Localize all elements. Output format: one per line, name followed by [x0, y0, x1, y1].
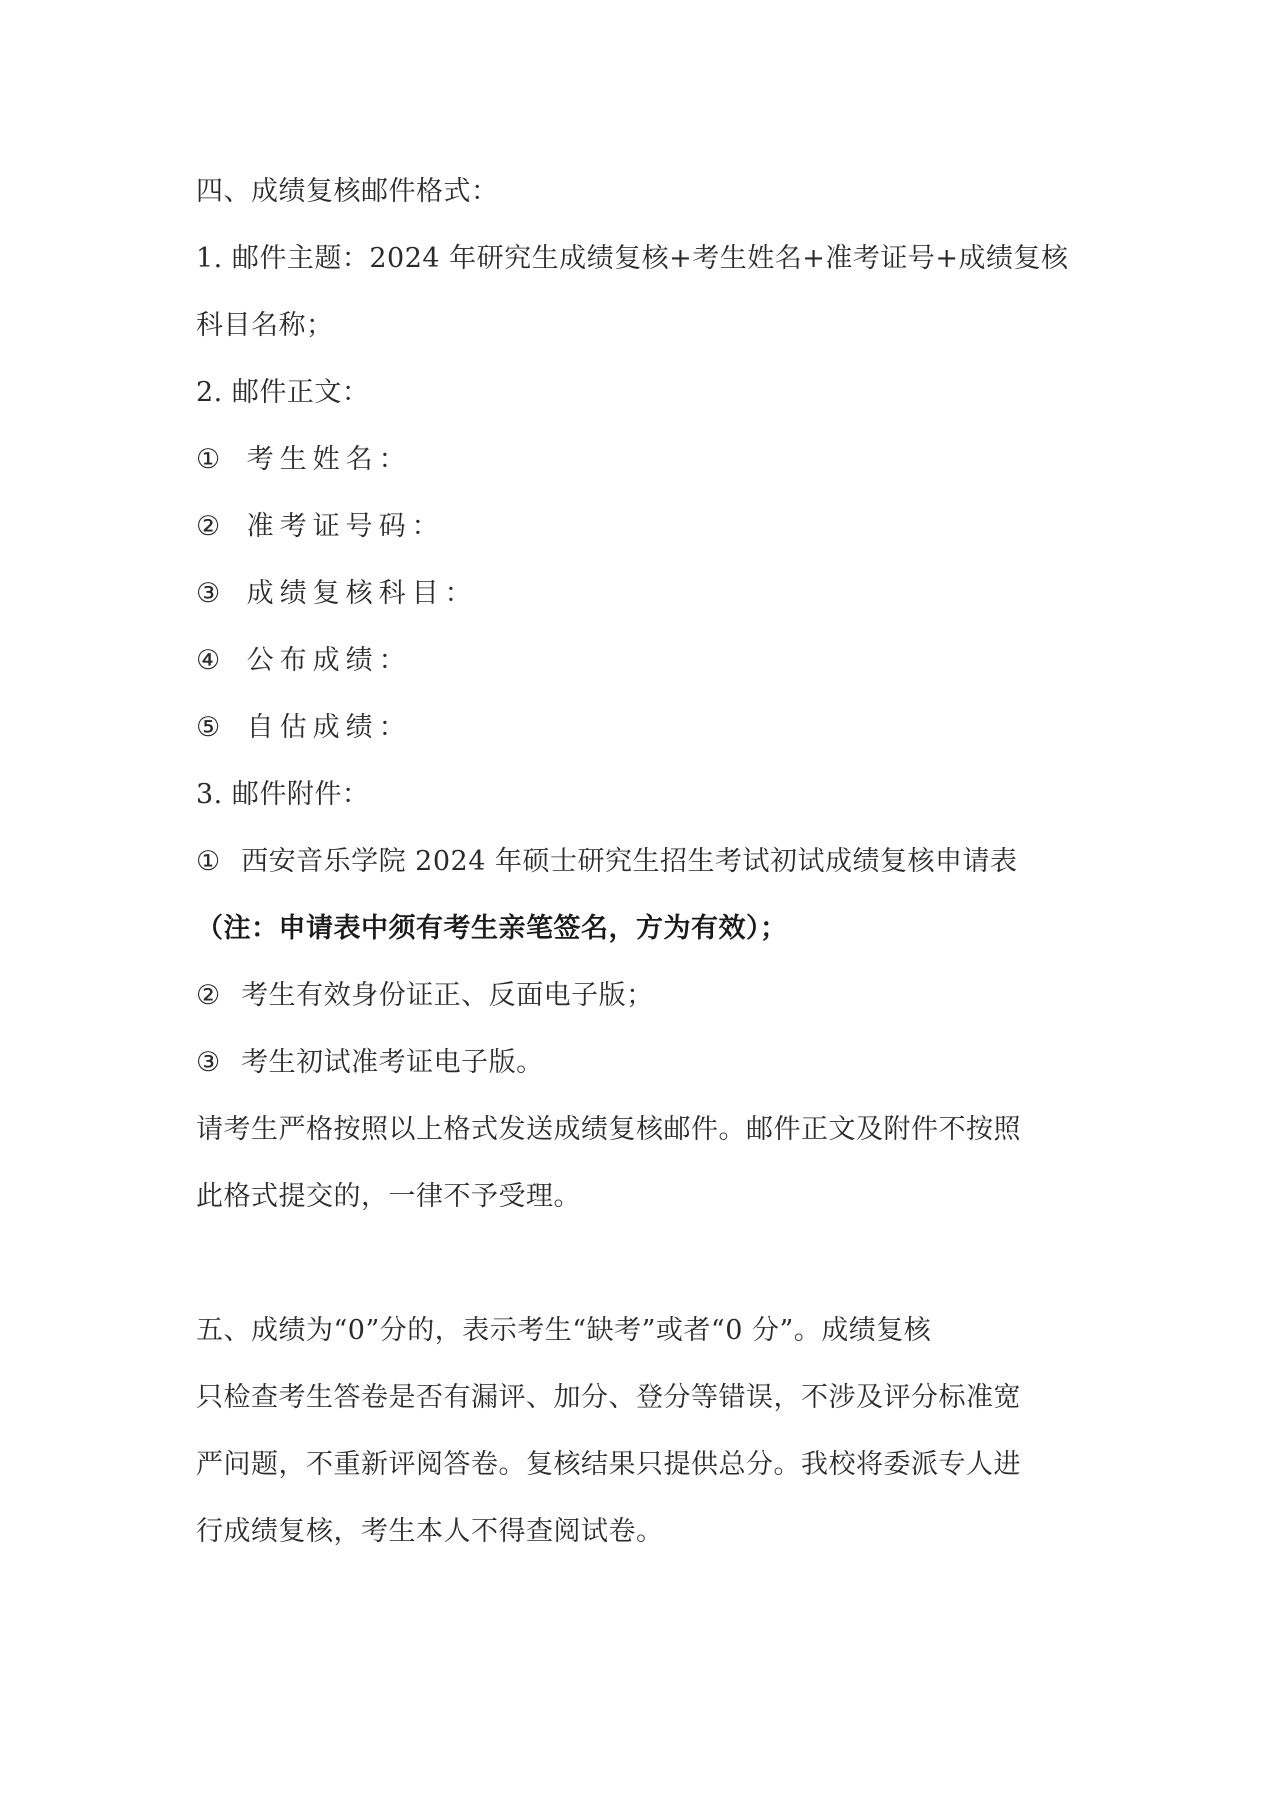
field-label: 成绩复核科目：	[247, 578, 478, 609]
attachment-signature-note: （注：申请表中须有考生亲笔签名，方为有效）；	[196, 911, 1096, 947]
circled-number-5: ⑤	[196, 710, 232, 746]
email-body-field-2: ② 准考证号码：	[196, 509, 1096, 545]
attachment-text: 西安音乐学院 2024 年硕士研究生招生考试初试成绩复核申请表	[241, 846, 1017, 877]
field-label: 自估成绩：	[247, 712, 412, 743]
attachment-text: 考生初试准考证电子版。	[241, 1047, 544, 1078]
attachment-2: ② 考生有效身份证正、反面电子版；	[196, 978, 1096, 1014]
email-body-field-1: ① 考生姓名：	[196, 442, 1096, 478]
field-label: 考生姓名：	[247, 444, 412, 475]
email-body-field-3: ③ 成绩复核科目：	[196, 576, 1096, 612]
email-attachments-heading: 3. 邮件附件：	[196, 777, 1096, 813]
field-label: 准考证号码：	[247, 511, 445, 542]
email-body-heading: 2. 邮件正文：	[196, 375, 1096, 411]
email-subject-line1: 1. 邮件主题：2024 年研究生成绩复核+考生姓名+准考证号+成绩复核	[196, 241, 1096, 277]
circled-number-3: ③	[196, 576, 232, 612]
format-notice-line1: 请考生严格按照以上格式发送成绩复核邮件。邮件正文及附件不按照	[196, 1112, 1096, 1148]
email-subject-line2: 科目名称；	[196, 308, 1096, 344]
section5-line1: 五、成绩为“0”分的，表示考生“缺考”或者“0 分”。成绩复核	[196, 1313, 1096, 1349]
attachment-1: ① 西安音乐学院 2024 年硕士研究生招生考试初试成绩复核申请表	[196, 844, 1096, 880]
section5-line3: 严问题，不重新评阅答卷。复核结果只提供总分。我校将委派专人进	[196, 1447, 1096, 1483]
document-page: 四、成绩复核邮件格式： 1. 邮件主题：2024 年研究生成绩复核+考生姓名+准…	[0, 0, 1280, 1810]
section5-line4: 行成绩复核，考生本人不得查阅试卷。	[196, 1514, 1096, 1550]
circled-number-3: ③	[196, 1045, 232, 1081]
circled-number-1: ①	[196, 844, 232, 880]
attachment-text: 考生有效身份证正、反面电子版；	[241, 980, 654, 1011]
circled-number-2: ②	[196, 978, 232, 1014]
section5-line2: 只检查考生答卷是否有漏评、加分、登分等错误，不涉及评分标准宽	[196, 1380, 1096, 1416]
attachment-3: ③ 考生初试准考证电子版。	[196, 1045, 1096, 1081]
email-body-field-5: ⑤ 自估成绩：	[196, 710, 1096, 746]
email-body-field-4: ④ 公布成绩：	[196, 643, 1096, 679]
circled-number-4: ④	[196, 643, 232, 679]
section4-heading: 四、成绩复核邮件格式：	[196, 174, 1096, 210]
circled-number-2: ②	[196, 509, 232, 545]
format-notice-line2: 此格式提交的，一律不予受理。	[196, 1179, 1096, 1215]
field-label: 公布成绩：	[247, 645, 412, 676]
circled-number-1: ①	[196, 442, 232, 478]
